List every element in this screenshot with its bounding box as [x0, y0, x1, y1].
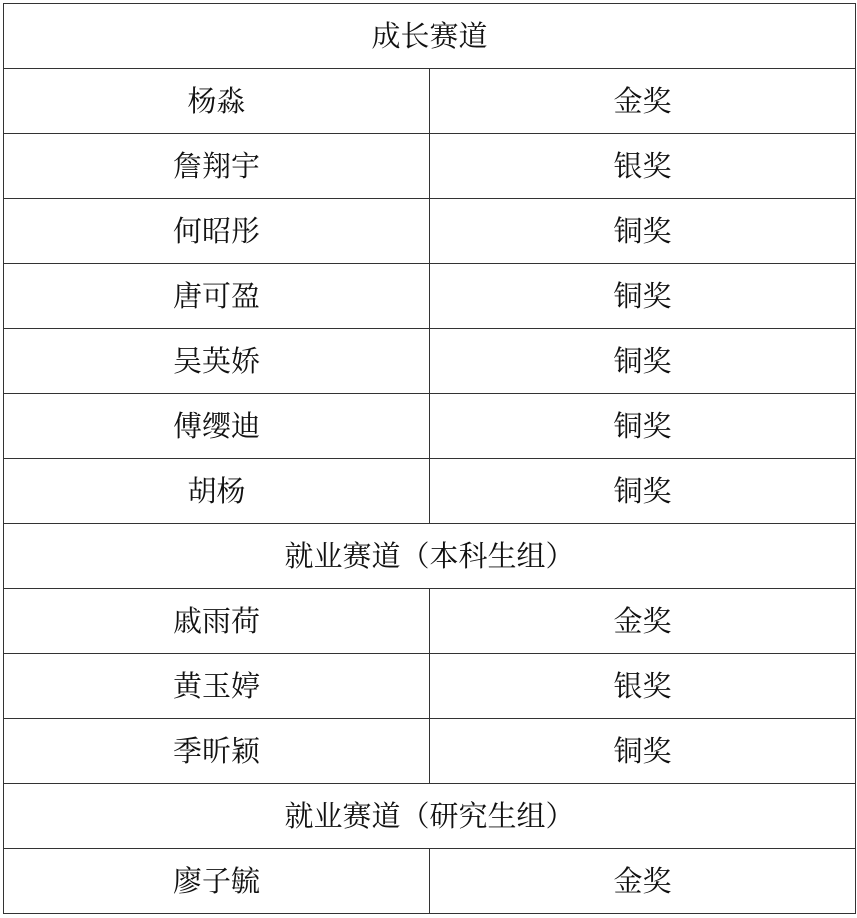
- award-level: 铜奖: [430, 329, 856, 394]
- section-header-row: 就业赛道（研究生组）: [4, 784, 856, 849]
- award-level: 银奖: [430, 134, 856, 199]
- winner-name: 何昭彤: [4, 199, 430, 264]
- table-row: 胡杨 铜奖: [4, 459, 856, 524]
- winner-name: 戚雨荷: [4, 589, 430, 654]
- award-level: 铜奖: [430, 264, 856, 329]
- winner-name: 季昕颖: [4, 719, 430, 784]
- section-header-row: 就业赛道（本科生组）: [4, 524, 856, 589]
- award-level: 铜奖: [430, 394, 856, 459]
- winner-name: 吴英娇: [4, 329, 430, 394]
- award-level: 金奖: [430, 589, 856, 654]
- table-row: 吴英娇 铜奖: [4, 329, 856, 394]
- award-level: 金奖: [430, 849, 856, 914]
- table-row: 季昕颖 铜奖: [4, 719, 856, 784]
- table-row: 黄玉婷 银奖: [4, 654, 856, 719]
- winner-name: 唐可盈: [4, 264, 430, 329]
- award-level: 铜奖: [430, 459, 856, 524]
- winner-name: 廖子毓: [4, 849, 430, 914]
- section-title-growth-track: 成长赛道: [4, 4, 856, 69]
- section-title-employment-undergrad: 就业赛道（本科生组）: [4, 524, 856, 589]
- section-header-row: 成长赛道: [4, 4, 856, 69]
- award-level: 铜奖: [430, 719, 856, 784]
- winner-name: 黄玉婷: [4, 654, 430, 719]
- table-row: 詹翔宇 银奖: [4, 134, 856, 199]
- award-results-table: 成长赛道 杨淼 金奖 詹翔宇 银奖 何昭彤 铜奖 唐可盈 铜奖 吴英娇 铜奖 傅…: [3, 3, 856, 914]
- table-row: 何昭彤 铜奖: [4, 199, 856, 264]
- winner-name: 胡杨: [4, 459, 430, 524]
- table-row: 唐可盈 铜奖: [4, 264, 856, 329]
- winner-name: 杨淼: [4, 69, 430, 134]
- section-title-employment-graduate: 就业赛道（研究生组）: [4, 784, 856, 849]
- table-row: 杨淼 金奖: [4, 69, 856, 134]
- award-level: 铜奖: [430, 199, 856, 264]
- table-row: 傅缨迪 铜奖: [4, 394, 856, 459]
- award-level: 银奖: [430, 654, 856, 719]
- award-level: 金奖: [430, 69, 856, 134]
- winner-name: 詹翔宇: [4, 134, 430, 199]
- table-row: 戚雨荷 金奖: [4, 589, 856, 654]
- table-row: 廖子毓 金奖: [4, 849, 856, 914]
- winner-name: 傅缨迪: [4, 394, 430, 459]
